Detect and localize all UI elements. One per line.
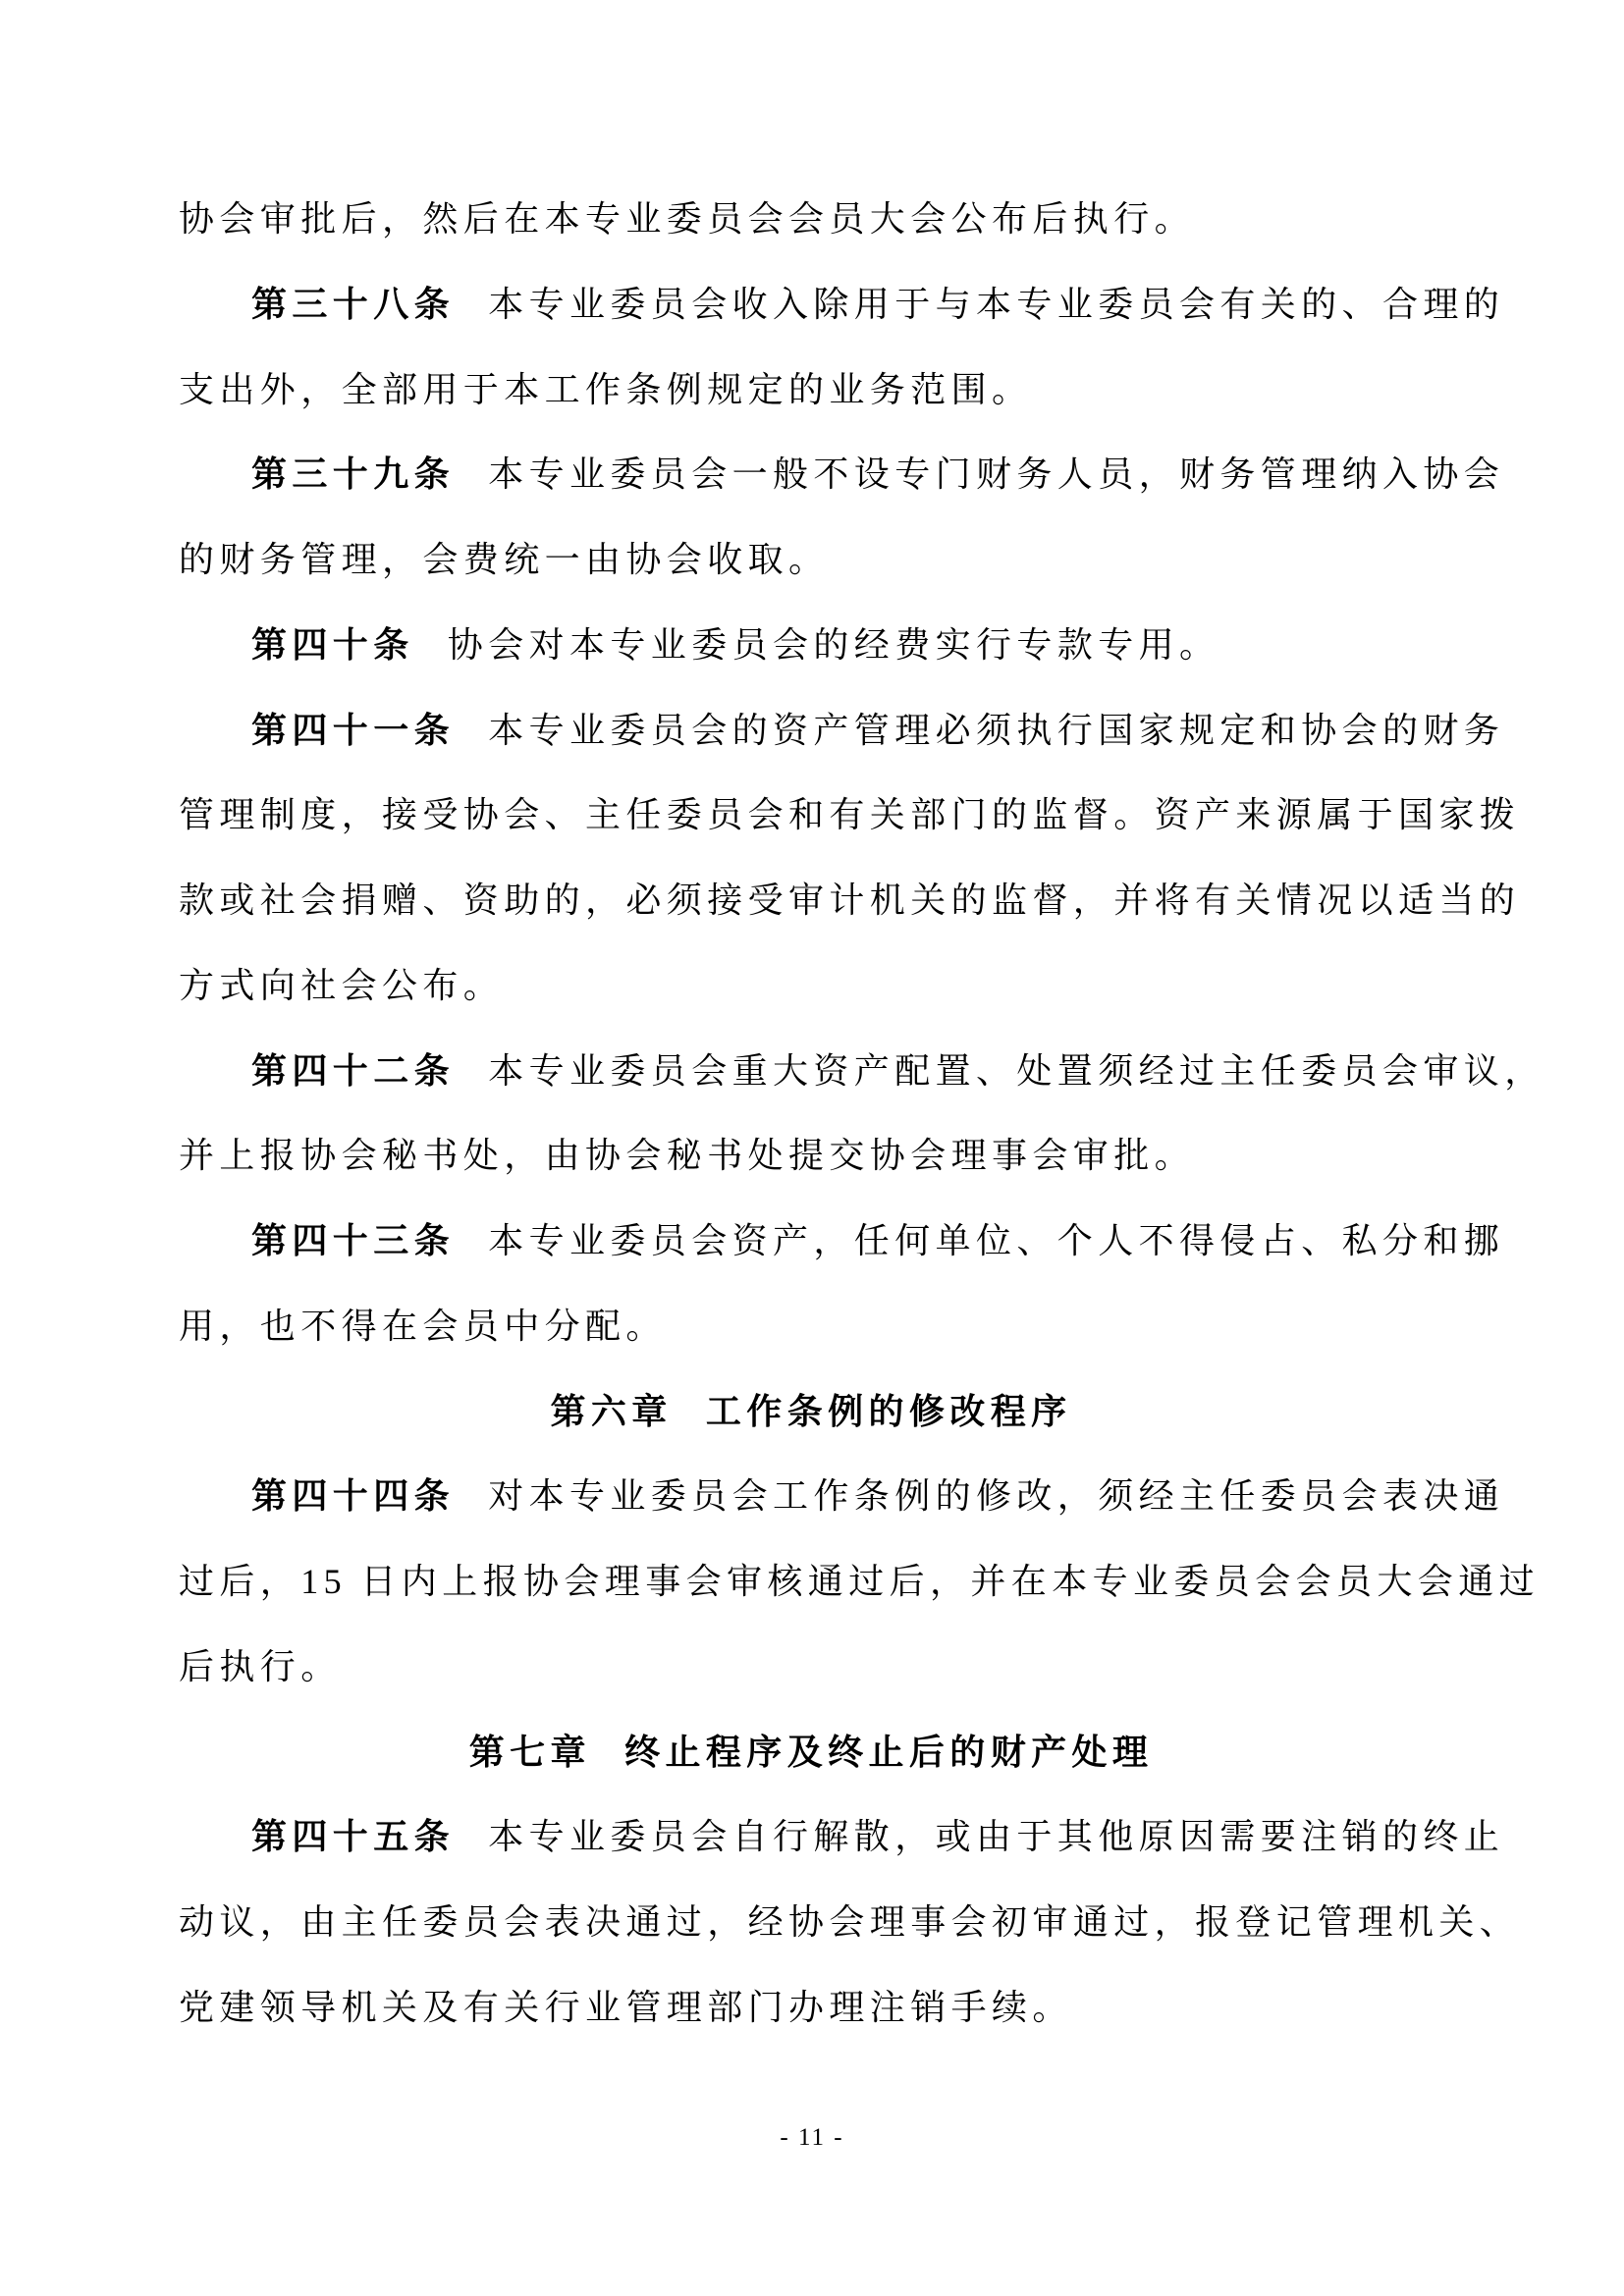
line-text: 协会对本专业委员会的经费实行专款专用。 bbox=[448, 625, 1220, 665]
article-number: 第三十八条 bbox=[251, 285, 455, 324]
chapter-number: 第七章 bbox=[469, 1733, 591, 1772]
line-text: 本专业委员会资产，任何单位、个人不得侵占、私分和挪 bbox=[488, 1221, 1504, 1260]
line-text: 本专业委员会自行解散，或由于其他原因需要注销的终止 bbox=[488, 1817, 1504, 1856]
text-line: 协会审批后，然后在本专业委员会会员大会公布后执行。 bbox=[179, 177, 1443, 262]
page-footer: - 11 - bbox=[0, 2123, 1624, 2153]
line-text: 后执行。 bbox=[179, 1647, 342, 1686]
line-text: 动议，由主任委员会表决通过，经协会理事会初审通过，报登记管理机关、 bbox=[179, 1902, 1520, 1942]
article-number: 第四十四条 bbox=[251, 1476, 455, 1516]
text-line: 并上报协会秘书处，由协会秘书处提交协会理事会审批。 bbox=[179, 1113, 1443, 1199]
article-number: 第四十条 bbox=[251, 625, 414, 665]
text-line: 后执行。 bbox=[179, 1625, 1443, 1710]
line-text: 本专业委员会一般不设专门财务人员，财务管理纳入协会 bbox=[488, 454, 1504, 494]
article-number: 第四十五条 bbox=[251, 1817, 455, 1856]
text-line: 管理制度，接受协会、主任委员会和有关部门的监督。资产来源属于国家拨 bbox=[179, 773, 1443, 858]
document-page: 协会审批后，然后在本专业委员会会员大会公布后执行。 第三十八条本专业委员会收入除… bbox=[0, 0, 1624, 2296]
article-line: 第四十三条本专业委员会资产，任何单位、个人不得侵占、私分和挪 bbox=[179, 1199, 1443, 1284]
article-number: 第四十二条 bbox=[251, 1051, 455, 1091]
article-number: 第三十九条 bbox=[251, 454, 455, 494]
line-text: 过后，15 日内上报协会理事会审核通过后，并在本专业委员会会员大会通过 bbox=[179, 1562, 1540, 1601]
chapter-heading-6: 第六章工作条例的修改程序 bbox=[179, 1369, 1443, 1455]
line-text: 党建领导机关及有关行业管理部门办理注销手续。 bbox=[179, 1988, 1073, 2027]
article-line: 第四十五条本专业委员会自行解散，或由于其他原因需要注销的终止 bbox=[179, 1794, 1443, 1880]
article-number: 第四十三条 bbox=[251, 1221, 455, 1260]
chapter-title: 工作条例的修改程序 bbox=[706, 1392, 1072, 1431]
text-line: 支出外，全部用于本工作条例规定的业务范围。 bbox=[179, 347, 1443, 433]
line-text: 的财务管理，会费统一由协会收取。 bbox=[179, 540, 829, 579]
text-line: 党建领导机关及有关行业管理部门办理注销手续。 bbox=[179, 1965, 1443, 2051]
text-line: 的财务管理，会费统一由协会收取。 bbox=[179, 517, 1443, 603]
line-text: 对本专业委员会工作条例的修改，须经主任委员会表决通 bbox=[488, 1476, 1504, 1516]
line-text: 方式向社会公布。 bbox=[179, 966, 504, 1005]
article-line: 第四十四条对本专业委员会工作条例的修改，须经主任委员会表决通 bbox=[179, 1454, 1443, 1539]
text-line: 过后，15 日内上报协会理事会审核通过后，并在本专业委员会会员大会通过 bbox=[179, 1539, 1443, 1625]
line-text: 款或社会捐赠、资助的，必须接受审计机关的监督，并将有关情况以适当的 bbox=[179, 881, 1520, 920]
text-line: 方式向社会公布。 bbox=[179, 943, 1443, 1029]
article-number: 第四十一条 bbox=[251, 711, 455, 750]
line-text: 本专业委员会的资产管理必须执行国家规定和协会的财务 bbox=[488, 711, 1504, 750]
text-line: 款或社会捐赠、资助的，必须接受审计机关的监督，并将有关情况以适当的 bbox=[179, 858, 1443, 943]
article-line: 第四十二条本专业委员会重大资产配置、处置须经过主任委员会审议， bbox=[179, 1029, 1443, 1114]
chapter-title: 终止程序及终止后的财产处理 bbox=[624, 1733, 1153, 1772]
page-number: - 11 - bbox=[780, 2124, 843, 2151]
line-text: 本专业委员会重大资产配置、处置须经过主任委员会审议， bbox=[488, 1051, 1544, 1091]
chapter-heading-7: 第七章终止程序及终止后的财产处理 bbox=[179, 1710, 1443, 1795]
line-text: 本专业委员会收入除用于与本专业委员会有关的、合理的 bbox=[488, 285, 1504, 324]
article-line: 第四十条协会对本专业委员会的经费实行专款专用。 bbox=[179, 603, 1443, 688]
article-line: 第三十九条本专业委员会一般不设专门财务人员，财务管理纳入协会 bbox=[179, 432, 1443, 517]
text-line: 动议，由主任委员会表决通过，经协会理事会初审通过，报登记管理机关、 bbox=[179, 1880, 1443, 1965]
document-body: 协会审批后，然后在本专业委员会会员大会公布后执行。 第三十八条本专业委员会收入除… bbox=[179, 177, 1443, 2051]
article-line: 第三十八条本专业委员会收入除用于与本专业委员会有关的、合理的 bbox=[179, 262, 1443, 347]
chapter-number: 第六章 bbox=[551, 1392, 673, 1431]
line-text: 并上报协会秘书处，由协会秘书处提交协会理事会审批。 bbox=[179, 1136, 1195, 1175]
line-text: 支出外，全部用于本工作条例规定的业务范围。 bbox=[179, 370, 1032, 409]
line-text: 管理制度，接受协会、主任委员会和有关部门的监督。资产来源属于国家拨 bbox=[179, 795, 1520, 834]
line-text: 协会审批后，然后在本专业委员会会员大会公布后执行。 bbox=[179, 199, 1195, 239]
line-text: 用，也不得在会员中分配。 bbox=[179, 1307, 667, 1346]
article-line: 第四十一条本专业委员会的资产管理必须执行国家规定和协会的财务 bbox=[179, 688, 1443, 774]
text-line: 用，也不得在会员中分配。 bbox=[179, 1284, 1443, 1369]
